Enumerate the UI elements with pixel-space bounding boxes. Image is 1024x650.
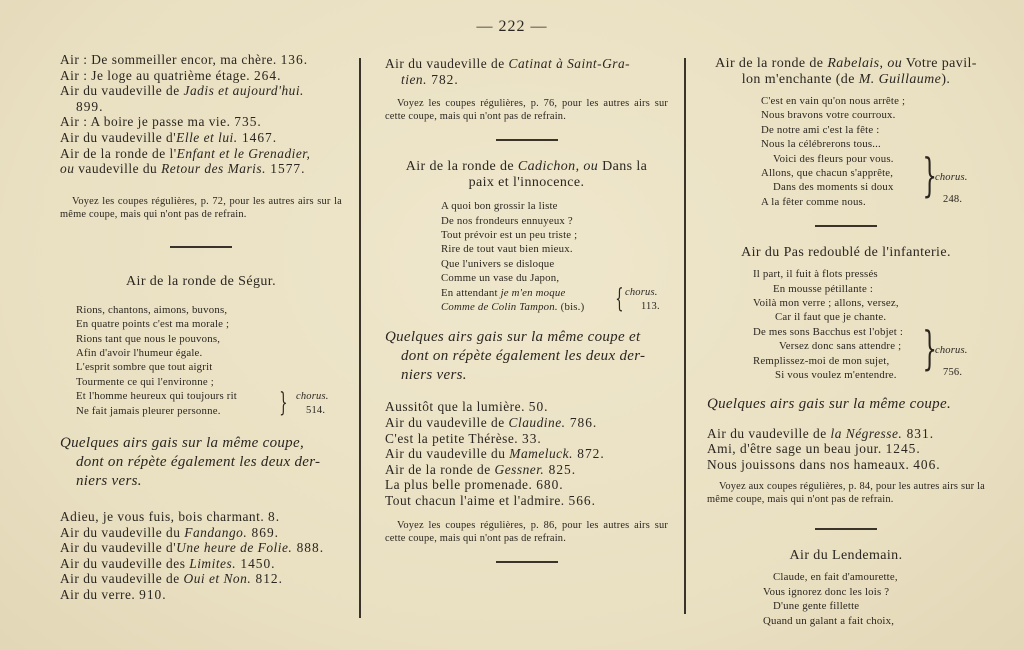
tune-entry: Aussitôt que la lumière. 50. xyxy=(385,399,668,415)
chorus-label: chorus. xyxy=(935,345,968,357)
column-left: Air : De sommeiller encor, ma chère. 136… xyxy=(60,52,342,603)
cross-reference-note: Voyez les coupes régulières, p. 86, pour… xyxy=(385,519,668,545)
section-separator xyxy=(496,561,558,563)
song-verse: Rions, chantons, aimons, buvons, En quat… xyxy=(60,303,342,418)
tune-entry: Nous jouissons dans nos hameaux. 406. xyxy=(707,457,985,473)
cross-reference-note: Voyez les coupes régulières, p. 72, pour… xyxy=(60,195,342,221)
tune-entry: Tout chacun l'aime et l'admire. 566. xyxy=(385,493,668,509)
song-verse: C'est en vain qu'on nous arrête ; Nous b… xyxy=(707,94,985,209)
cross-reference-note: Voyez aux coupes régulières, p. 84, pour… xyxy=(707,480,985,506)
section-separator xyxy=(815,528,877,530)
column-divider xyxy=(684,58,686,614)
column-middle: Air du vaudeville de Catinat à Saint-Gra… xyxy=(385,56,668,563)
column-right: Air de la ronde de Rabelais, ou Votre pa… xyxy=(707,56,985,628)
page-number: — 222 — xyxy=(0,18,1024,36)
section-separator xyxy=(170,246,232,248)
song-verse: A quoi bon grossir la liste De nos frond… xyxy=(385,199,668,314)
tune-entry: C'est la petite Thérèse. 33. xyxy=(385,431,668,447)
column-divider xyxy=(359,58,361,618)
tune-entry: Adieu, je vous fuis, bois charmant. 8. xyxy=(60,509,342,525)
section-title: Air de la ronde de Cadichon, ou Dans la … xyxy=(385,159,668,191)
brace-icon: } xyxy=(279,390,287,416)
tune-entry: Air du vaudeville de Claudine. 786. xyxy=(385,415,668,431)
section-title: Air de la ronde de Rabelais, ou Votre pa… xyxy=(707,56,985,88)
section-title: Air du Lendemain. xyxy=(707,548,985,564)
chorus-number: 113. xyxy=(641,301,660,313)
song-verse: Claude, en fait d'amourette, Vous ignore… xyxy=(707,570,985,628)
section-title: Air du Pas redoublé de l'infanterie. xyxy=(707,245,985,261)
tune-entry: Air du vaudeville du Fandango. 869. xyxy=(60,525,342,541)
tune-entry: Air du verre. 910. xyxy=(60,587,342,603)
section-separator xyxy=(815,225,877,227)
tune-entry: Air de la ronde de l'Enfant et le Grenad… xyxy=(60,146,342,177)
tune-list: Adieu, je vous fuis, bois charmant. 8. A… xyxy=(60,509,342,603)
section-title: Air de la ronde de Ségur. xyxy=(60,274,342,290)
tune-entry: Air du vaudeville de la Négresse. 831. xyxy=(707,426,985,442)
tune-list: Aussitôt que la lumière. 50. Air du vaud… xyxy=(385,399,668,508)
tune-list: Air du vaudeville de la Négresse. 831. A… xyxy=(707,426,985,473)
tune-entry: Air de la ronde de Gessner. 825. xyxy=(385,462,668,478)
tune-entry: Air : A boire je passe ma vie. 735. xyxy=(60,114,342,130)
cross-reference-note: Voyez les coupes régulières, p. 76, pour… xyxy=(385,97,668,123)
italic-heading: Quelques airs gais sur la même coupe et … xyxy=(385,328,668,385)
tune-entry: Ami, d'être sage un beau jour. 1245. xyxy=(707,441,985,457)
tune-entry: Air du vaudeville d'Une heure de Folie. … xyxy=(60,540,342,556)
italic-heading: Quelques airs gais sur la même coupe. xyxy=(707,395,985,414)
section-separator xyxy=(496,139,558,141)
tune-entry: Air du vaudeville de Jadis et aujourd'hu… xyxy=(60,83,342,114)
tune-entry: Air du vaudeville de Catinat à Saint-Gra… xyxy=(385,56,668,87)
chorus-label: chorus. xyxy=(296,391,329,403)
chorus-number: 756. xyxy=(943,367,962,379)
brace-icon: { xyxy=(615,286,623,312)
tune-entry: Air du vaudeville d'Elle et lui. 1467. xyxy=(60,130,342,146)
chorus-number: 248. xyxy=(943,194,962,206)
tune-entry: Air du vaudeville du Mameluck. 872. xyxy=(385,446,668,462)
chorus-label: chorus. xyxy=(625,287,658,299)
tune-entry: Air du vaudeville des Limites. 1450. xyxy=(60,556,342,572)
italic-heading: Quelques airs gais sur la même coupe, do… xyxy=(60,434,342,491)
chorus-number: 514. xyxy=(306,405,325,417)
tune-entry: Air du vaudeville de Oui et Non. 812. xyxy=(60,571,342,587)
song-verse: Il part, il fuit à flots pressés En mous… xyxy=(707,267,985,382)
tune-entry: Air : Je loge au quatrième étage. 264. xyxy=(60,68,342,84)
tune-entry: La plus belle promenade. 680. xyxy=(385,477,668,493)
tune-entry: Air : De sommeiller encor, ma chère. 136… xyxy=(60,52,342,68)
chorus-label: chorus. xyxy=(935,172,968,184)
